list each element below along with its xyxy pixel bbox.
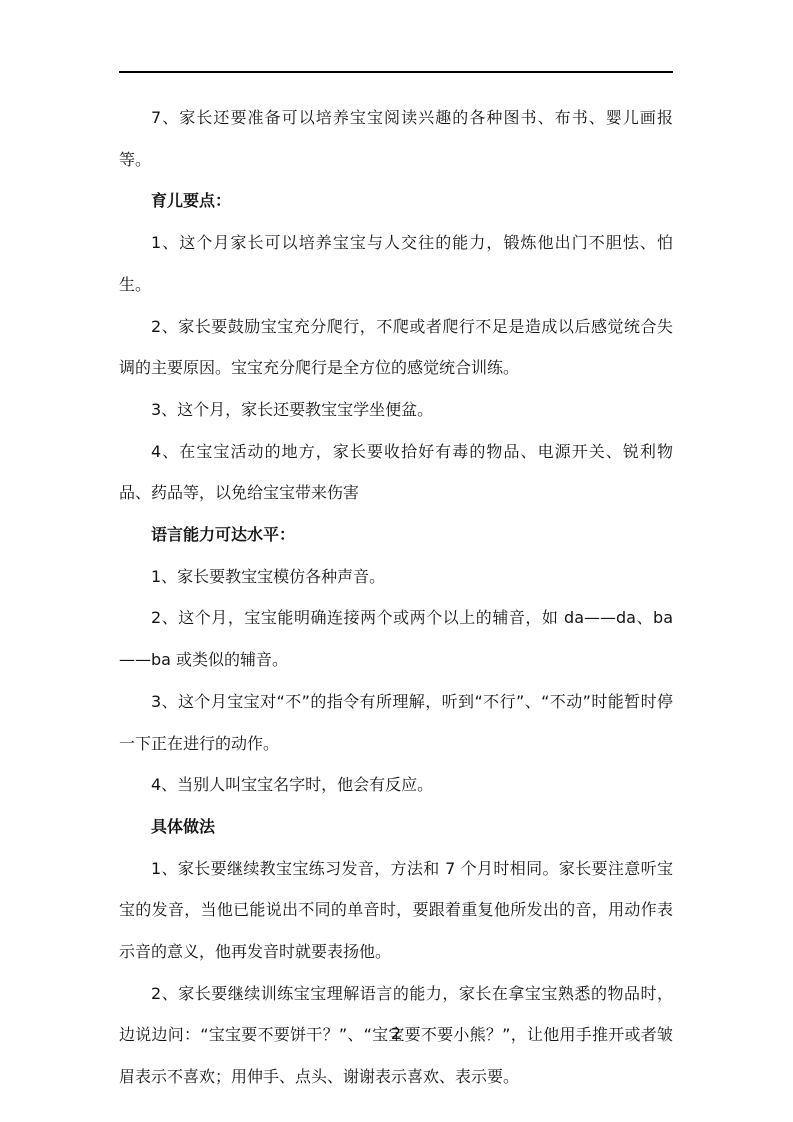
paragraph: 3、这个月宝宝对“不”的指令有所理解，听到“不行”、“不动”时能暂时停一下正在进… <box>119 681 673 764</box>
page-number: 2 <box>391 1024 401 1043</box>
paragraph: 4、在宝宝活动的地方，家长要收拾好有毒的物品、电源开关、锐利物品、药品等，以免给… <box>119 431 673 514</box>
section-heading: 育儿要点： <box>119 180 673 222</box>
paragraph: 1、家长要继续教宝宝练习发音，方法和 7 个月时相同。家长要注意听宝宝的发音，当… <box>119 848 673 973</box>
header-divider <box>119 71 673 73</box>
paragraph: 2、家长要鼓励宝宝充分爬行，不爬或者爬行不足是造成以后感觉统合失调的主要原因。宝… <box>119 306 673 389</box>
paragraph: 3、这个月，家长还要教宝宝学坐便盆。 <box>119 389 673 431</box>
paragraph: 7、家长还要准备可以培养宝宝阅读兴趣的各种图书、布书、婴儿画报等。 <box>119 97 673 180</box>
page-footer: 2 <box>119 1024 673 1044</box>
document-body: 7、家长还要准备可以培养宝宝阅读兴趣的各种图书、布书、婴儿画报等。 育儿要点： … <box>119 97 673 1098</box>
paragraph: 1、家长要教宝宝模仿各种声音。 <box>119 556 673 598</box>
section-heading: 具体做法 <box>119 806 673 848</box>
section-heading: 语言能力可达水平： <box>119 514 673 556</box>
paragraph: 4、当别人叫宝宝名字时，他会有反应。 <box>119 764 673 806</box>
paragraph: 1、这个月家长可以培养宝宝与人交往的能力，锻炼他出门不胆怯、怕生。 <box>119 222 673 305</box>
document-page: 7、家长还要准备可以培养宝宝阅读兴趣的各种图书、布书、婴儿画报等。 育儿要点： … <box>0 0 793 1122</box>
paragraph: 2、这个月，宝宝能明确连接两个或两个以上的辅音，如 da——da、ba——ba … <box>119 597 673 680</box>
